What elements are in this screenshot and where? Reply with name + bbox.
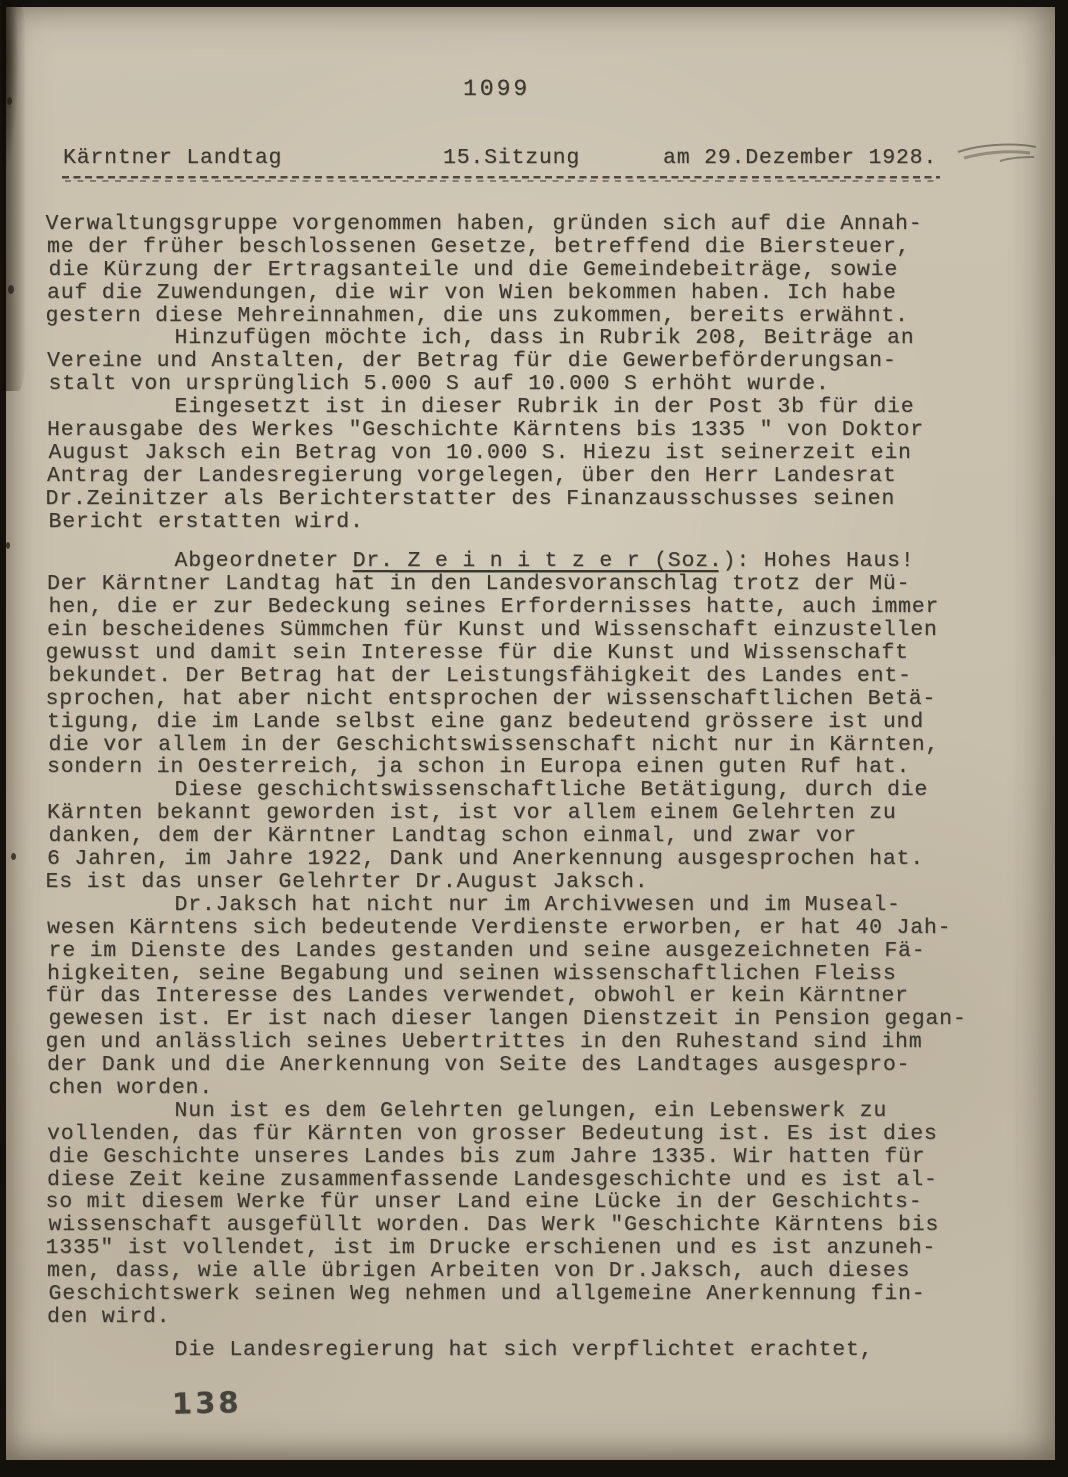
page-number: 1099: [463, 76, 530, 102]
scanned-page: 1099 Kärntner Landtag 15.Sitzung am 29.D…: [0, 0, 1068, 1477]
text-line: Die Landesregierung hat sich verpflichte…: [46, 1339, 986, 1362]
text-segment: Abgeordneter: [175, 549, 353, 573]
text-line: Nun ist es dem Gelehrten gelungen, ein L…: [46, 1100, 986, 1123]
text-line: sprochen, hat aber nicht entsprochen der…: [46, 688, 986, 711]
text-segment: Der Kärntner Landtag hat: [47, 572, 390, 596]
paragraph: Diese geschichtswissenschaftliche Betäti…: [47, 779, 987, 893]
scan-speck: [6, 542, 10, 549]
text-line: Geschichtswerk seinen Weg nehmen und all…: [49, 1283, 989, 1306]
text-line: Dr.Jaksch hat nicht nur im Archivwesen u…: [46, 894, 986, 917]
text-line: diese Zeit keine zusammenfassende Landes…: [47, 1169, 987, 1192]
dashed-separator: [62, 176, 940, 183]
text-line: ein bescheidenes Sümmchen für Kunst und …: [47, 619, 987, 642]
paper-sheet: 1099 Kärntner Landtag 15.Sitzung am 29.D…: [6, 7, 1055, 1460]
text-line: Eingesetzt ist in dieser Rubrik in der P…: [46, 396, 986, 419]
text-line: gewusst und damit sein Interesse für die…: [46, 642, 986, 665]
text-line: Bericht erstatten wird.: [49, 511, 989, 534]
text-line: men, dass, wie alle übrigen Arbeiten von…: [47, 1260, 987, 1283]
text-line: die vor allem in der Geschichtswissensch…: [49, 734, 989, 757]
text-line: 1335" ist vollendet, ist im Drucke ersch…: [46, 1237, 986, 1260]
text-line: Hinzufügen möchte ich, dass in Rubrik 20…: [46, 327, 986, 350]
text-line: so mit diesem Werke für unser Land eine …: [46, 1191, 986, 1214]
text-line: für das Interesse des Landes verwendet, …: [46, 985, 986, 1008]
text-line: gewesen ist. Er ist nach dieser langen D…: [49, 1008, 989, 1031]
pencil-mark: [954, 137, 1040, 172]
text-line: chen worden.: [49, 1077, 989, 1100]
text-line: danken, dem der Kärntner Landtag schon e…: [49, 825, 989, 848]
text-line: Der Kärntner Landtag hat in den Landesvo…: [47, 573, 987, 596]
overline-text-segment: in den Landesvoranschlag: [390, 572, 719, 596]
text-line: hen, die er zur Bedeckung seines Erforde…: [49, 596, 989, 619]
paragraph: Hinzufügen möchte ich, dass in Rubrik 20…: [47, 327, 987, 396]
scan-speck: [11, 853, 16, 860]
scan-speck: [7, 97, 12, 105]
text-segment: trotz der Mü-: [718, 572, 910, 596]
text-line: die Geschichte unseres Landes bis zum Ja…: [49, 1146, 989, 1169]
text-line: 6 Jahren, im Jahre 1922, Dank und Anerke…: [47, 848, 987, 871]
text-line: auf die Zuwendungen, die wir von Wien be…: [47, 282, 987, 305]
text-line: Es ist das unser Gelehrter Dr.August Jak…: [46, 871, 986, 894]
document-body: Verwaltungsgruppe vorgenommen haben, grü…: [47, 213, 987, 1362]
text-segment: (Soz.): Hohes Haus!: [640, 549, 914, 573]
paragraph: Abgeordneter Dr. Z e i n i t z e r (Soz.…: [47, 550, 987, 779]
scan-speck: [8, 285, 14, 294]
text-line: sondern in Oesterreich, ja schon in Euro…: [47, 756, 987, 779]
header-body-title: Kärntner Landtag: [63, 146, 282, 170]
text-line: re im Dienste des Landes gestanden und s…: [49, 940, 989, 963]
text-line: wesen Kärntens sich bedeutende Verdienst…: [47, 917, 987, 940]
text-line: Vereine und Anstalten, der Betrag für di…: [47, 350, 987, 373]
paragraph: Verwaltungsgruppe vorgenommen haben, grü…: [47, 213, 987, 327]
text-line: Verwaltungsgruppe vorgenommen haben, grü…: [46, 213, 986, 236]
header-session-date: am 29.Dezember 1928.: [663, 146, 937, 170]
header-session-number: 15.Sitzung: [443, 146, 580, 170]
text-line: gen und anlässlich seines Uebertrittes i…: [46, 1031, 986, 1054]
text-line: die Kürzung der Ertragsanteile und die G…: [49, 259, 989, 282]
text-line: August Jaksch ein Betrag von 10.000 S. H…: [49, 442, 989, 465]
text-line: wissenschaft ausgefüllt worden. Das Werk…: [49, 1214, 989, 1237]
text-line: stalt von ursprünglich 5.000 S auf 10.00…: [49, 373, 989, 396]
text-line: der Dank und die Anerkennung von Seite d…: [47, 1054, 987, 1077]
scan-edge-smudge: [2, 1, 32, 391]
text-line: me der früher beschlossenen Gesetze, bet…: [47, 236, 987, 259]
text-line: Abgeordneter Dr. Z e i n i t z e r (Soz.…: [46, 550, 986, 573]
text-line: higkeiten, seine Begabung und seinen wis…: [47, 963, 987, 986]
underline-text-segment: Dr. Z e i n i t z e r: [353, 549, 641, 573]
text-line: Kärnten bekannt geworden ist, ist vor al…: [47, 802, 987, 825]
text-line: Diese geschichtswissenschaftliche Betäti…: [46, 779, 986, 802]
text-line: Dr.Zeinitzer als Berichterstatter des Fi…: [46, 488, 986, 511]
text-line: den wird.: [47, 1306, 987, 1329]
text-line: vollenden, das für Kärnten von grosser B…: [47, 1123, 987, 1146]
paragraph: Dr.Jaksch hat nicht nur im Archivwesen u…: [47, 894, 987, 1100]
text-line: Herausgabe des Werkes "Geschichte Kärnte…: [47, 419, 987, 442]
page-stamp-number: 138: [172, 1385, 242, 1421]
paragraph: Die Landesregierung hat sich verpflichte…: [47, 1339, 987, 1362]
text-line: bekundet. Der Betrag hat der Leistungsfä…: [49, 665, 989, 688]
paragraph: Eingesetzt ist in dieser Rubrik in der P…: [47, 396, 987, 533]
text-line: tigung, die im Lande selbst eine ganz be…: [47, 711, 987, 734]
text-line: Antrag der Landesregierung vorgelegen, ü…: [47, 465, 987, 488]
paragraph: Nun ist es dem Gelehrten gelungen, ein L…: [47, 1100, 987, 1329]
text-line: gestern diese Mehreinnahmen, die uns zuk…: [46, 305, 986, 328]
